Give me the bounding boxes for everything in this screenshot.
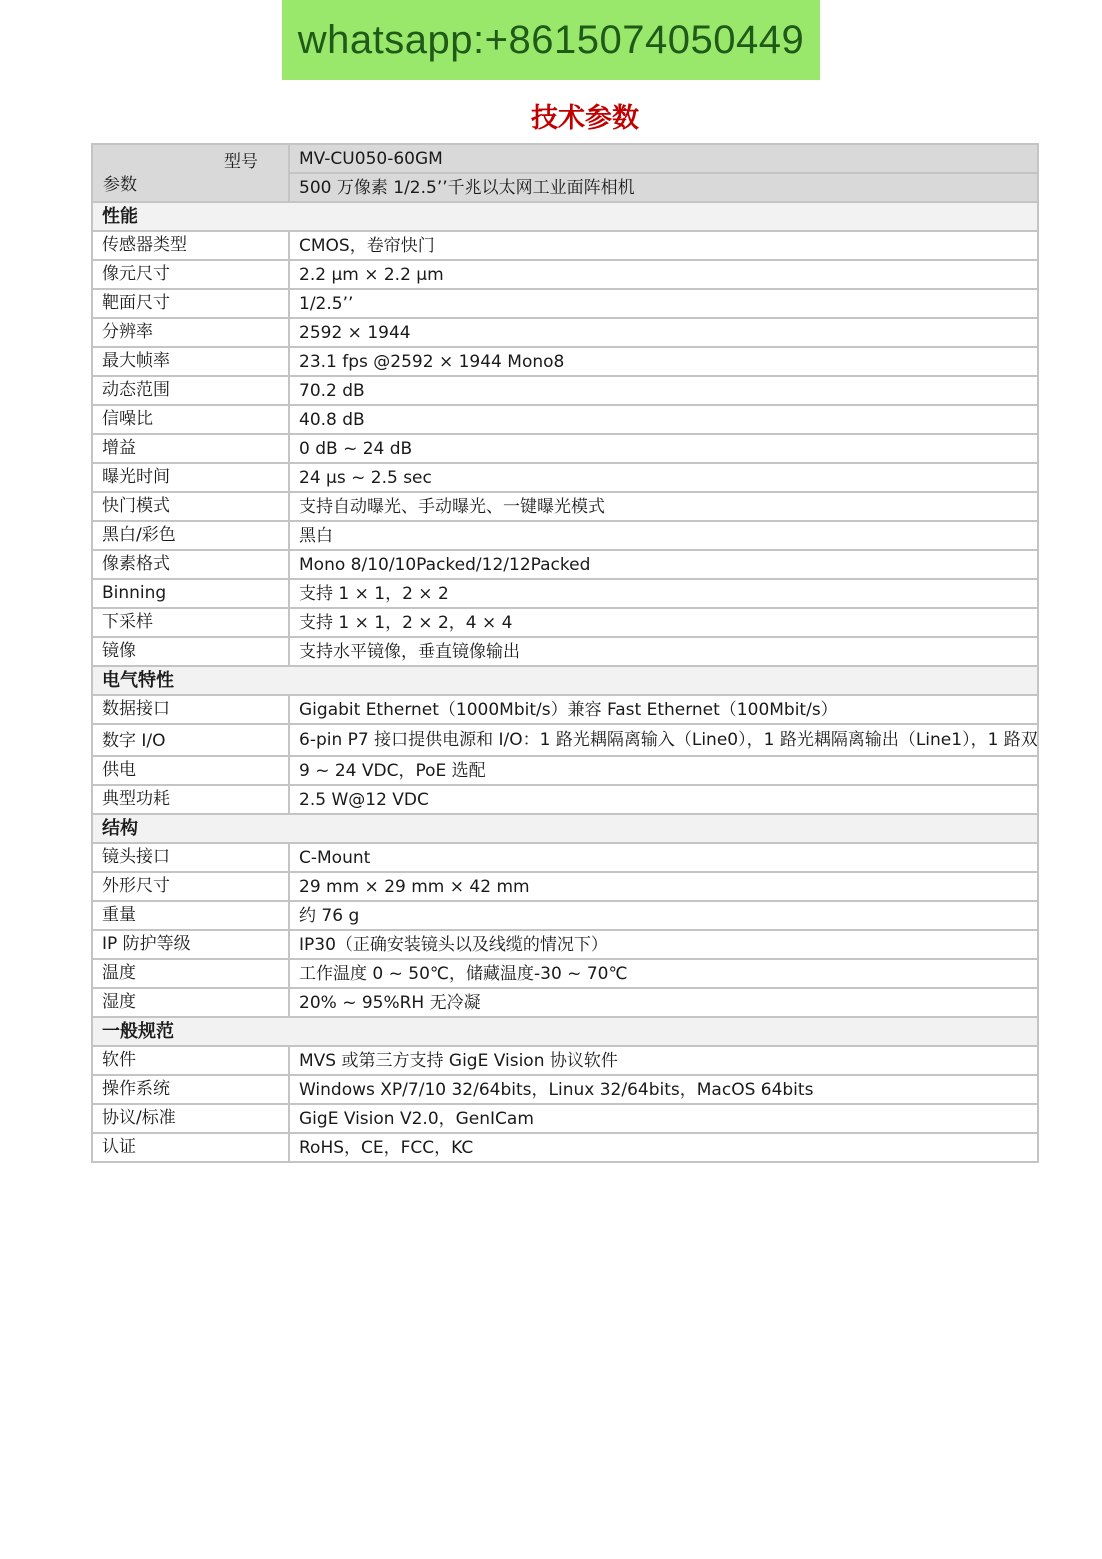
param-label: 传感器类型 xyxy=(92,231,289,260)
param-label: 重量 xyxy=(92,901,289,930)
whatsapp-banner: whatsapp:+8615074050449 xyxy=(282,0,820,80)
param-value: 支持 1 × 1，2 × 2，4 × 4 xyxy=(289,608,1038,637)
param-label: 供电 xyxy=(92,756,289,785)
section-header: 电气特性 xyxy=(92,666,1038,695)
param-label: 最大帧率 xyxy=(92,347,289,376)
param-label: 曝光时间 xyxy=(92,463,289,492)
param-value: Mono 8/10/10Packed/12/12Packed xyxy=(289,550,1038,579)
table-row: 靶面尺寸1/2.5’’ xyxy=(92,289,1038,318)
param-label: 湿度 xyxy=(92,988,289,1017)
param-label: 动态范围 xyxy=(92,376,289,405)
param-value: 支持自动曝光、手动曝光、一键曝光模式 xyxy=(289,492,1038,521)
param-value: 24 µs ~ 2.5 sec xyxy=(289,463,1038,492)
table-row: 黑白/彩色黑白 xyxy=(92,521,1038,550)
param-label: 认证 xyxy=(92,1133,289,1162)
section-title: 结构 xyxy=(92,814,1038,843)
param-label: 软件 xyxy=(92,1046,289,1075)
param-label: 像素格式 xyxy=(92,550,289,579)
param-value: IP30（正确安装镜头以及线缆的情况下） xyxy=(289,930,1038,959)
param-label: 数据接口 xyxy=(92,695,289,724)
table-row: Binning支持 1 × 1，2 × 2 xyxy=(92,579,1038,608)
table-row: 湿度20% ~ 95%RH 无冷凝 xyxy=(92,988,1038,1017)
param-value: 0 dB ~ 24 dB xyxy=(289,434,1038,463)
table-row: 快门模式支持自动曝光、手动曝光、一键曝光模式 xyxy=(92,492,1038,521)
param-value: CMOS，卷帘快门 xyxy=(289,231,1038,260)
table-row: 曝光时间24 µs ~ 2.5 sec xyxy=(92,463,1038,492)
section-header: 结构 xyxy=(92,814,1038,843)
param-label: 分辨率 xyxy=(92,318,289,347)
section-title: 一般规范 xyxy=(92,1017,1038,1046)
table-row: 操作系统Windows XP/7/10 32/64bits，Linux 32/6… xyxy=(92,1075,1038,1104)
table-row: 动态范围70.2 dB xyxy=(92,376,1038,405)
param-label: 镜像 xyxy=(92,637,289,666)
param-label: Binning xyxy=(92,579,289,608)
table-row: 重量约 76 g xyxy=(92,901,1038,930)
param-label: 外形尺寸 xyxy=(92,872,289,901)
param-value: RoHS，CE，FCC，KC xyxy=(289,1133,1038,1162)
spec-table: 型号 参数 MV-CU050-60GM 500 万像素 1/2.5’’千兆以太网… xyxy=(91,143,1039,1163)
table-row: 数据接口Gigabit Ethernet（1000Mbit/s）兼容 Fast … xyxy=(92,695,1038,724)
param-value: 6-pin P7 接口提供电源和 I/O：1 路光耦隔离输入（Line0），1 … xyxy=(289,724,1038,756)
param-label: 操作系统 xyxy=(92,1075,289,1104)
param-value: 2.2 µm × 2.2 µm xyxy=(289,260,1038,289)
param-value: 29 mm × 29 mm × 42 mm xyxy=(289,872,1038,901)
param-label: 温度 xyxy=(92,959,289,988)
table-row: 供电9 ~ 24 VDC，PoE 选配 xyxy=(92,756,1038,785)
param-value: 支持 1 × 1，2 × 2 xyxy=(289,579,1038,608)
param-label: 信噪比 xyxy=(92,405,289,434)
param-label: 黑白/彩色 xyxy=(92,521,289,550)
param-value: 2.5 W@12 VDC xyxy=(289,785,1038,814)
model-number: MV-CU050-60GM xyxy=(289,144,1038,173)
table-row: 外形尺寸29 mm × 29 mm × 42 mm xyxy=(92,872,1038,901)
param-value: 9 ~ 24 VDC，PoE 选配 xyxy=(289,756,1038,785)
diagonal-header-cell: 型号 参数 xyxy=(92,144,289,202)
param-value: 23.1 fps @2592 × 1944 Mono8 xyxy=(289,347,1038,376)
param-label: 快门模式 xyxy=(92,492,289,521)
param-value: 工作温度 0 ~ 50℃，储藏温度-30 ~ 70℃ xyxy=(289,959,1038,988)
table-row: 认证RoHS，CE，FCC，KC xyxy=(92,1133,1038,1162)
table-row: IP 防护等级IP30（正确安装镜头以及线缆的情况下） xyxy=(92,930,1038,959)
param-label: 靶面尺寸 xyxy=(92,289,289,318)
param-label: 数字 I/O xyxy=(92,724,289,756)
section-header: 性能 xyxy=(92,202,1038,231)
param-value: 支持水平镜像，垂直镜像输出 xyxy=(289,637,1038,666)
table-row: 增益0 dB ~ 24 dB xyxy=(92,434,1038,463)
param-label: 像元尺寸 xyxy=(92,260,289,289)
table-row: 最大帧率23.1 fps @2592 × 1944 Mono8 xyxy=(92,347,1038,376)
table-row: 下采样支持 1 × 1，2 × 2，4 × 4 xyxy=(92,608,1038,637)
param-label: 镜头接口 xyxy=(92,843,289,872)
page-title: 技术参数 xyxy=(0,96,1102,135)
table-row: 传感器类型CMOS，卷帘快门 xyxy=(92,231,1038,260)
table-row: 像元尺寸2.2 µm × 2.2 µm xyxy=(92,260,1038,289)
param-value: Gigabit Ethernet（1000Mbit/s）兼容 Fast Ethe… xyxy=(289,695,1038,724)
section-header: 一般规范 xyxy=(92,1017,1038,1046)
param-label: IP 防护等级 xyxy=(92,930,289,959)
corner-label-model: 型号 xyxy=(224,149,258,175)
param-value: GigE Vision V2.0，GenICam xyxy=(289,1104,1038,1133)
table-row: 镜头接口C-Mount xyxy=(92,843,1038,872)
table-row: 温度工作温度 0 ~ 50℃，储藏温度-30 ~ 70℃ xyxy=(92,959,1038,988)
param-label: 典型功耗 xyxy=(92,785,289,814)
param-value: 黑白 xyxy=(289,521,1038,550)
param-value: 40.8 dB xyxy=(289,405,1038,434)
param-value: C-Mount xyxy=(289,843,1038,872)
table-row: 分辨率2592 × 1944 xyxy=(92,318,1038,347)
table-row: 协议/标准GigE Vision V2.0，GenICam xyxy=(92,1104,1038,1133)
banner-text: whatsapp:+8615074050449 xyxy=(298,18,804,63)
section-title: 电气特性 xyxy=(92,666,1038,695)
table-row: 像素格式Mono 8/10/10Packed/12/12Packed xyxy=(92,550,1038,579)
table-row: 软件MVS 或第三方支持 GigE Vision 协议软件 xyxy=(92,1046,1038,1075)
param-value: 70.2 dB xyxy=(289,376,1038,405)
param-value: MVS 或第三方支持 GigE Vision 协议软件 xyxy=(289,1046,1038,1075)
param-value: 1/2.5’’ xyxy=(289,289,1038,318)
section-title: 性能 xyxy=(92,202,1038,231)
header-row-model: 型号 参数 MV-CU050-60GM xyxy=(92,144,1038,173)
param-value: 20% ~ 95%RH 无冷凝 xyxy=(289,988,1038,1017)
param-value: 2592 × 1944 xyxy=(289,318,1038,347)
param-value: Windows XP/7/10 32/64bits，Linux 32/64bit… xyxy=(289,1075,1038,1104)
table-row: 数字 I/O6-pin P7 接口提供电源和 I/O：1 路光耦隔离输入（Lin… xyxy=(92,724,1038,756)
model-description: 500 万像素 1/2.5’’千兆以太网工业面阵相机 xyxy=(289,173,1038,202)
corner-label-param: 参数 xyxy=(103,172,137,198)
table-row: 镜像支持水平镜像，垂直镜像输出 xyxy=(92,637,1038,666)
table-row: 信噪比40.8 dB xyxy=(92,405,1038,434)
table-row: 典型功耗2.5 W@12 VDC xyxy=(92,785,1038,814)
param-label: 增益 xyxy=(92,434,289,463)
param-label: 协议/标准 xyxy=(92,1104,289,1133)
param-label: 下采样 xyxy=(92,608,289,637)
param-value: 约 76 g xyxy=(289,901,1038,930)
